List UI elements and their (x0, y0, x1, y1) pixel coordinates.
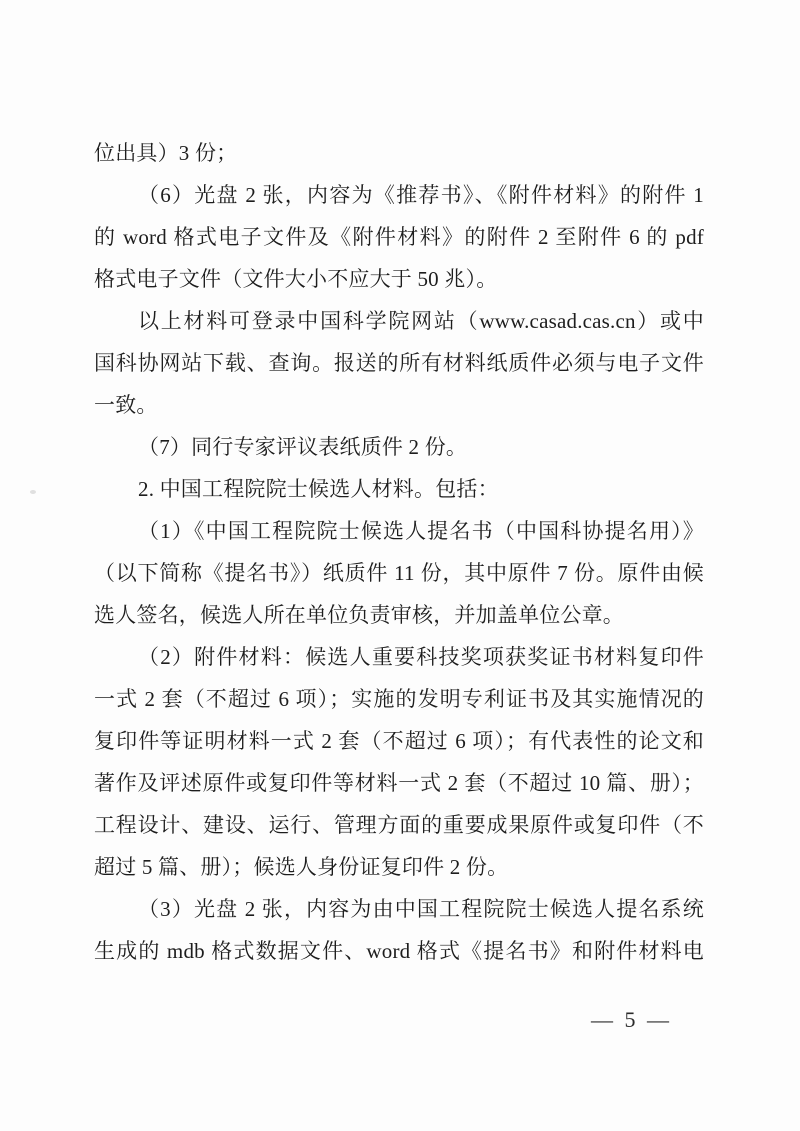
text-line: （7）同行专家评议表纸质件 2 份。 (94, 426, 704, 468)
text-line: 著作及评述原件或复印件等材料一式 2 套（不超过 10 篇、册）； (94, 762, 704, 804)
scan-artifact (30, 490, 36, 494)
text-line: 的 word 格式电子文件及《附件材料》的附件 2 至附件 6 的 pdf (94, 216, 704, 258)
paragraph-item-2-3: （3）光盘 2 张，内容为由中国工程院院士候选人提名系统 生成的 mdb 格式数… (94, 888, 704, 972)
text-line: 国科协网站下载、查询。报送的所有材料纸质件必须与电子文件 (94, 342, 704, 384)
paragraph-section-2-heading: 2. 中国工程院院士候选人材料。包括： (94, 468, 704, 510)
text-line: 超过 5 篇、册）；候选人身份证复印件 2 份。 (94, 846, 704, 888)
text-line: （以下简称《提名书》）纸质件 11 份，其中原件 7 份。原件由候 (94, 552, 704, 594)
paragraph-item-2-1: （1）《中国工程院院士候选人提名书（中国科协提名用）》 （以下简称《提名书》）纸… (94, 510, 704, 636)
text-line: （3）光盘 2 张，内容为由中国工程院院士候选人提名系统 (94, 888, 704, 930)
text-line: 格式电子文件（文件大小不应大于 50 兆）。 (94, 258, 704, 300)
text-line: 以上材料可登录中国科学院网站（www.casad.cas.cn）或中 (94, 300, 704, 342)
document-page: 位出具）3 份； （6）光盘 2 张，内容为《推荐书》、《附件材料》的附件 1 … (0, 0, 800, 1131)
paragraph-item-2-2: （2）附件材料：候选人重要科技奖项获奖证书材料复印件 一式 2 套（不超过 6 … (94, 636, 704, 888)
text-line: 生成的 mdb 格式数据文件、word 格式《提名书》和附件材料电 (94, 930, 704, 972)
text-line: 一式 2 套（不超过 6 项）；实施的发明专利证书及其实施情况的 (94, 678, 704, 720)
text-line: 选人签名，候选人所在单位负责审核，并加盖单位公章。 (94, 594, 704, 636)
text-line: 复印件等证明材料一式 2 套（不超过 6 项）；有代表性的论文和 (94, 720, 704, 762)
text-line: 工程设计、建设、运行、管理方面的重要成果原件或复印件（不 (94, 804, 704, 846)
text-line: （2）附件材料：候选人重要科技奖项获奖证书材料复印件 (94, 636, 704, 678)
text-line: （6）光盘 2 张，内容为《推荐书》、《附件材料》的附件 1 (94, 174, 704, 216)
text-line: 位出具）3 份； (94, 132, 704, 174)
paragraph-item-6: （6）光盘 2 张，内容为《推荐书》、《附件材料》的附件 1 的 word 格式… (94, 174, 704, 300)
text-line: 2. 中国工程院院士候选人材料。包括： (94, 468, 704, 510)
page-number: — 5 — (591, 999, 672, 1041)
paragraph-website-note: 以上材料可登录中国科学院网站（www.casad.cas.cn）或中 国科协网站… (94, 300, 704, 426)
text-line: （1）《中国工程院院士候选人提名书（中国科协提名用）》 (94, 510, 704, 552)
document-body: 位出具）3 份； （6）光盘 2 张，内容为《推荐书》、《附件材料》的附件 1 … (94, 132, 704, 972)
paragraph-item-7: （7）同行专家评议表纸质件 2 份。 (94, 426, 704, 468)
paragraph-continuation: 位出具）3 份； (94, 132, 704, 174)
text-line: 一致。 (94, 384, 704, 426)
